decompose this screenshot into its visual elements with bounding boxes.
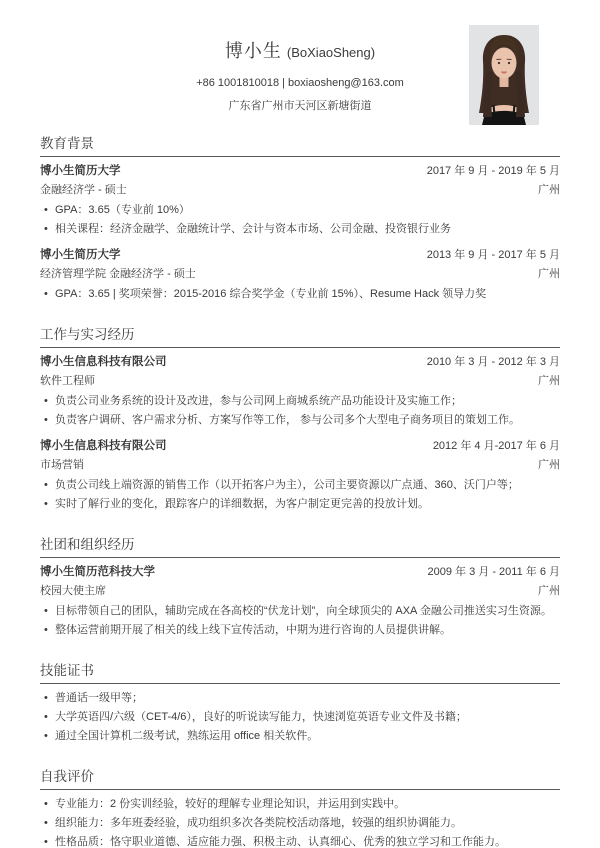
skills-bullet-list: 普通话一级甲等； 大学英语四/六级（CET-4/6），良好的听说读写能力，快速浏…	[40, 689, 560, 746]
entry-header-row: 博小生信息科技有限公司 2010 年 3 月 - 2012 年 3 月	[40, 353, 560, 372]
bullet-item: 专业能力：2 份实训经验，较好的理解专业理论知识，并运用到实践中。	[55, 795, 560, 814]
bullet-item: 负责公司线上端资源的销售工作（以开拓客户为主），公司主要资源以广点通、360、沃…	[55, 476, 560, 495]
work-entry: 博小生信息科技有限公司 2012 年 4 月-2017 年 6 月 市场营销 广…	[40, 437, 560, 514]
entry-organization: 博小生简历大学	[40, 246, 121, 265]
bullet-item: 组织能力：多年班委经验，成功组织多次各类院校活动落地，较强的组织协调能力。	[55, 814, 560, 833]
entry-header-row: 博小生信息科技有限公司 2012 年 4 月-2017 年 6 月	[40, 437, 560, 456]
entry-date: 2013 年 9 月 - 2017 年 5 月	[427, 246, 560, 265]
bullet-item: 普通话一级甲等；	[55, 689, 560, 708]
bullet-item: GPA：3.65 | 奖项荣誉：2015-2016 综合奖学金（专业前 15%）…	[55, 285, 560, 304]
entry-bullet-list: 负责公司线上端资源的销售工作（以开拓客户为主），公司主要资源以广点通、360、沃…	[40, 476, 560, 514]
section-title-skills: 技能证书	[40, 662, 560, 684]
bullet-item: 性格品质：恪守职业道德、适应能力强、积极主动、认真细心、优秀的独立学习和工作能力…	[55, 833, 560, 848]
entry-date: 2010 年 3 月 - 2012 年 3 月	[427, 353, 560, 372]
resume-page: 博小生(BoXiaoSheng) +86 1001810018 | boxiao…	[0, 0, 600, 848]
profile-photo	[469, 25, 539, 125]
entry-header-row: 博小生简历大学 2013 年 9 月 - 2017 年 5 月	[40, 246, 560, 265]
entry-bullet-list: 负责公司业务系统的设计及改进，参与公司网上商城系统产品功能设计及实施工作； 负责…	[40, 392, 560, 430]
work-entry: 博小生信息科技有限公司 2010 年 3 月 - 2012 年 3 月 软件工程…	[40, 353, 560, 430]
bullet-item: 大学英语四/六级（CET-4/6），良好的听说读写能力，快速浏览英语专业文件及书…	[55, 708, 560, 727]
entry-role-title: 校园大使主席	[40, 582, 106, 601]
entry-sub-row: 经济管理学院 金融经济学 - 硕士 广州	[40, 265, 560, 284]
entry-location: 广州	[538, 582, 560, 601]
education-entry: 博小生简历大学 2013 年 9 月 - 2017 年 5 月 经济管理学院 金…	[40, 246, 560, 304]
bullet-item: 目标带领自己的团队，辅助完成在各高校的“伏龙计划”，向全球顶尖的 AXA 金融公…	[55, 602, 560, 621]
entry-sub-row: 金融经济学 - 硕士 广州	[40, 181, 560, 200]
entry-date: 2012 年 4 月-2017 年 6 月	[433, 437, 560, 456]
entry-job-title: 市场营销	[40, 456, 84, 475]
section-education: 教育背景 博小生简历大学 2017 年 9 月 - 2019 年 5 月 金融经…	[40, 135, 560, 304]
entry-location: 广州	[538, 456, 560, 475]
entry-bullet-list: GPA：3.65 | 奖项荣誉：2015-2016 综合奖学金（专业前 15%）…	[40, 285, 560, 304]
bullet-item: GPA：3.65（专业前 10%）	[55, 201, 560, 220]
bullet-item: 整体运营前期开展了相关的线上线下宣传活动，中期为进行咨询的人员提供讲解。	[55, 621, 560, 640]
education-entry: 博小生简历大学 2017 年 9 月 - 2019 年 5 月 金融经济学 - …	[40, 162, 560, 239]
entry-date: 2009 年 3 月 - 2011 年 6 月	[428, 563, 560, 582]
entry-degree: 金融经济学 - 硕士	[40, 181, 127, 200]
section-title-self-evaluation: 自我评价	[40, 768, 560, 790]
entry-job-title: 软件工程师	[40, 372, 95, 391]
entry-location: 广州	[538, 265, 560, 284]
entry-header-row: 博小生简历范科技大学 2009 年 3 月 - 2011 年 6 月	[40, 563, 560, 582]
entry-degree: 经济管理学院 金融经济学 - 硕士	[40, 265, 196, 284]
entry-header-row: 博小生简历大学 2017 年 9 月 - 2019 年 5 月	[40, 162, 560, 181]
section-work-experience: 工作与实习经历 博小生信息科技有限公司 2010 年 3 月 - 2012 年 …	[40, 326, 560, 514]
section-self-evaluation: 自我评价 专业能力：2 份实训经验，较好的理解专业理论知识，并运用到实践中。 组…	[40, 768, 560, 848]
entry-location: 广州	[538, 181, 560, 200]
section-title-organizations: 社团和组织经历	[40, 536, 560, 558]
section-title-education: 教育背景	[40, 135, 560, 157]
entry-organization: 博小生简历范科技大学	[40, 563, 155, 582]
self-evaluation-bullet-list: 专业能力：2 份实训经验，较好的理解专业理论知识，并运用到实践中。 组织能力：多…	[40, 795, 560, 848]
bullet-item: 实时了解行业的变化，跟踪客户的详细数据，为客户制定更完善的投放计划。	[55, 495, 560, 514]
entry-date: 2017 年 9 月 - 2019 年 5 月	[427, 162, 560, 181]
entry-organization: 博小生简历大学	[40, 162, 121, 181]
entry-sub-row: 校园大使主席 广州	[40, 582, 560, 601]
bullet-item: 负责公司业务系统的设计及改进，参与公司网上商城系统产品功能设计及实施工作；	[55, 392, 560, 411]
bullet-item: 相关课程：经济金融学、金融统计学、会计与资本市场、公司金融、投资银行业务	[55, 220, 560, 239]
organization-entry: 博小生简历范科技大学 2009 年 3 月 - 2011 年 6 月 校园大使主…	[40, 563, 560, 640]
entry-bullet-list: 目标带领自己的团队，辅助完成在各高校的“伏龙计划”，向全球顶尖的 AXA 金融公…	[40, 602, 560, 640]
entry-location: 广州	[538, 372, 560, 391]
entry-sub-row: 软件工程师 广州	[40, 372, 560, 391]
candidate-name-pinyin: (BoXiaoSheng)	[287, 45, 375, 60]
section-organizations: 社团和组织经历 博小生简历范科技大学 2009 年 3 月 - 2011 年 6…	[40, 536, 560, 640]
bullet-item: 负责客户调研、客户需求分析、方案写作等工作， 参与公司多个大型电子商务项目的策划…	[55, 411, 560, 430]
entry-organization: 博小生信息科技有限公司	[40, 353, 167, 372]
section-skills: 技能证书 普通话一级甲等； 大学英语四/六级（CET-4/6），良好的听说读写能…	[40, 662, 560, 746]
section-title-work: 工作与实习经历	[40, 326, 560, 348]
candidate-name: 博小生	[225, 41, 282, 61]
entry-organization: 博小生信息科技有限公司	[40, 437, 167, 456]
entry-bullet-list: GPA：3.65（专业前 10%） 相关课程：经济金融学、金融统计学、会计与资本…	[40, 201, 560, 239]
bullet-item: 通过全国计算机二级考试，熟练运用 office 相关软件。	[55, 727, 560, 746]
entry-sub-row: 市场营销 广州	[40, 456, 560, 475]
